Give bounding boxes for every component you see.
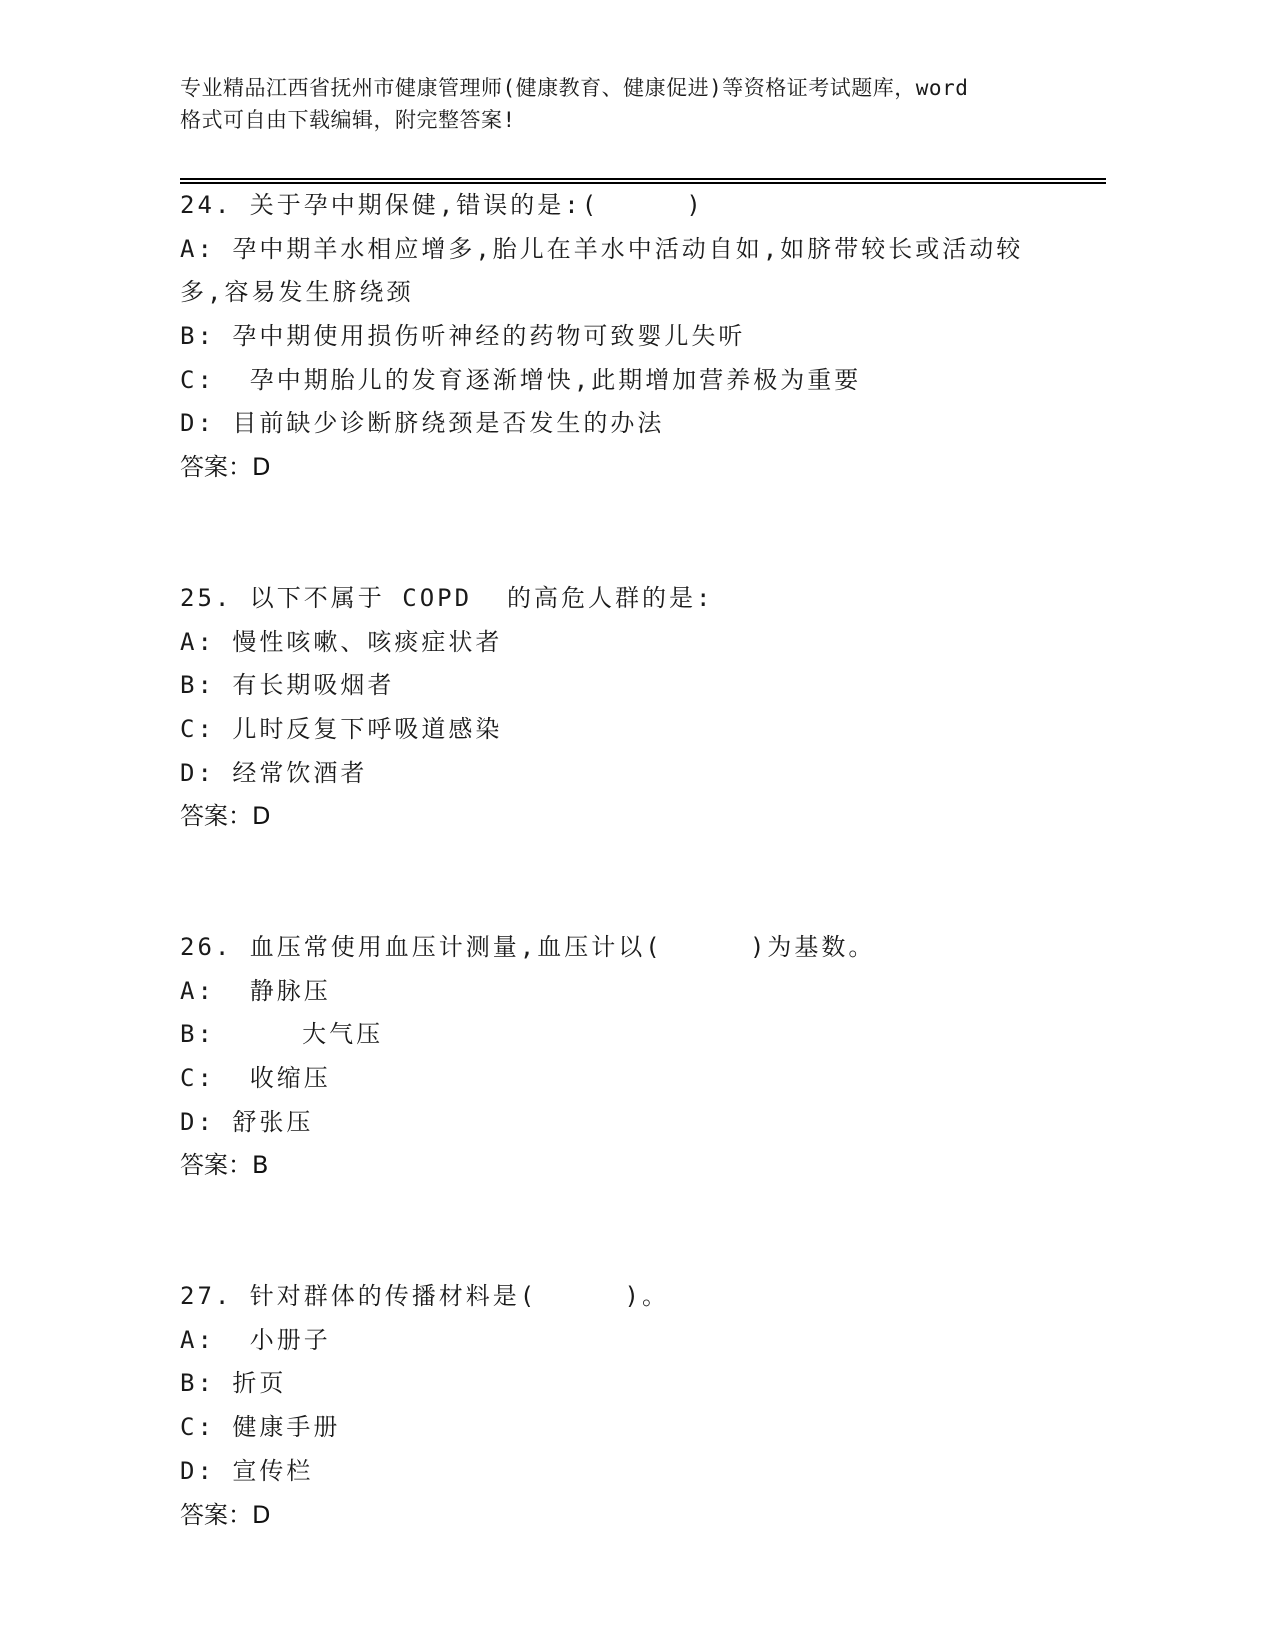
document-page: 专业精品江西省抚州市健康管理师(健康教育、健康促进)等资格证考试题库，word …	[0, 0, 1275, 1650]
answer-line: 答案：D	[180, 446, 1080, 490]
option-a: A: 小册子	[180, 1319, 1080, 1363]
question-25: 25. 以下不属于 COPD 的高危人群的是: A: 慢性咳嗽、咳痰症状者 B:…	[180, 577, 1080, 839]
answer-line: 答案：D	[180, 1494, 1080, 1538]
answer-line: 答案：B	[180, 1144, 1080, 1188]
option-a: A: 静脉压	[180, 970, 1080, 1014]
question-gap	[180, 1188, 1080, 1275]
question-24: 24. 关于孕中期保健,错误的是:( ) A: 孕中期羊水相应增多,胎儿在羊水中…	[180, 184, 1080, 490]
header-line-2: 格式可自由下载编辑，附完整答案!	[180, 104, 1060, 136]
question-stem: 26. 血压常使用血压计测量,血压计以( )为基数。	[180, 926, 1080, 970]
question-list: 24. 关于孕中期保健,错误的是:( ) A: 孕中期羊水相应增多,胎儿在羊水中…	[180, 184, 1080, 1537]
page-header: 专业精品江西省抚州市健康管理师(健康教育、健康促进)等资格证考试题库，word …	[180, 72, 1060, 136]
question-gap	[180, 490, 1080, 577]
option-b: B: 孕中期使用损伤听神经的药物可致婴儿失听	[180, 315, 1080, 359]
question-26: 26. 血压常使用血压计测量,血压计以( )为基数。 A: 静脉压 B: 大气压…	[180, 926, 1080, 1188]
option-b: B: 有长期吸烟者	[180, 664, 1080, 708]
option-b: B: 大气压	[180, 1013, 1080, 1057]
option-c: C: 孕中期胎儿的发育逐渐增快,此期增加营养极为重要	[180, 359, 1080, 403]
option-a: A: 孕中期羊水相应增多,胎儿在羊水中活动自如,如脐带较长或活动较	[180, 228, 1080, 272]
option-a-continued: 多,容易发生脐绕颈	[180, 271, 1080, 315]
option-a: A: 慢性咳嗽、咳痰症状者	[180, 621, 1080, 665]
header-line-1: 专业精品江西省抚州市健康管理师(健康教育、健康促进)等资格证考试题库，word	[180, 72, 1060, 104]
option-c: C: 收缩压	[180, 1057, 1080, 1101]
option-d: D: 舒张压	[180, 1101, 1080, 1145]
question-stem: 24. 关于孕中期保健,错误的是:( )	[180, 184, 1080, 228]
question-stem: 25. 以下不属于 COPD 的高危人群的是:	[180, 577, 1080, 621]
option-d: D: 宣传栏	[180, 1450, 1080, 1494]
option-d: D: 经常饮酒者	[180, 752, 1080, 796]
question-gap	[180, 839, 1080, 926]
question-27: 27. 针对群体的传播材料是( )。 A: 小册子 B: 折页 C: 健康手册 …	[180, 1275, 1080, 1537]
question-stem: 27. 针对群体的传播材料是( )。	[180, 1275, 1080, 1319]
option-c: C: 儿时反复下呼吸道感染	[180, 708, 1080, 752]
option-b: B: 折页	[180, 1362, 1080, 1406]
option-c: C: 健康手册	[180, 1406, 1080, 1450]
option-d: D: 目前缺少诊断脐绕颈是否发生的办法	[180, 402, 1080, 446]
answer-line: 答案：D	[180, 795, 1080, 839]
